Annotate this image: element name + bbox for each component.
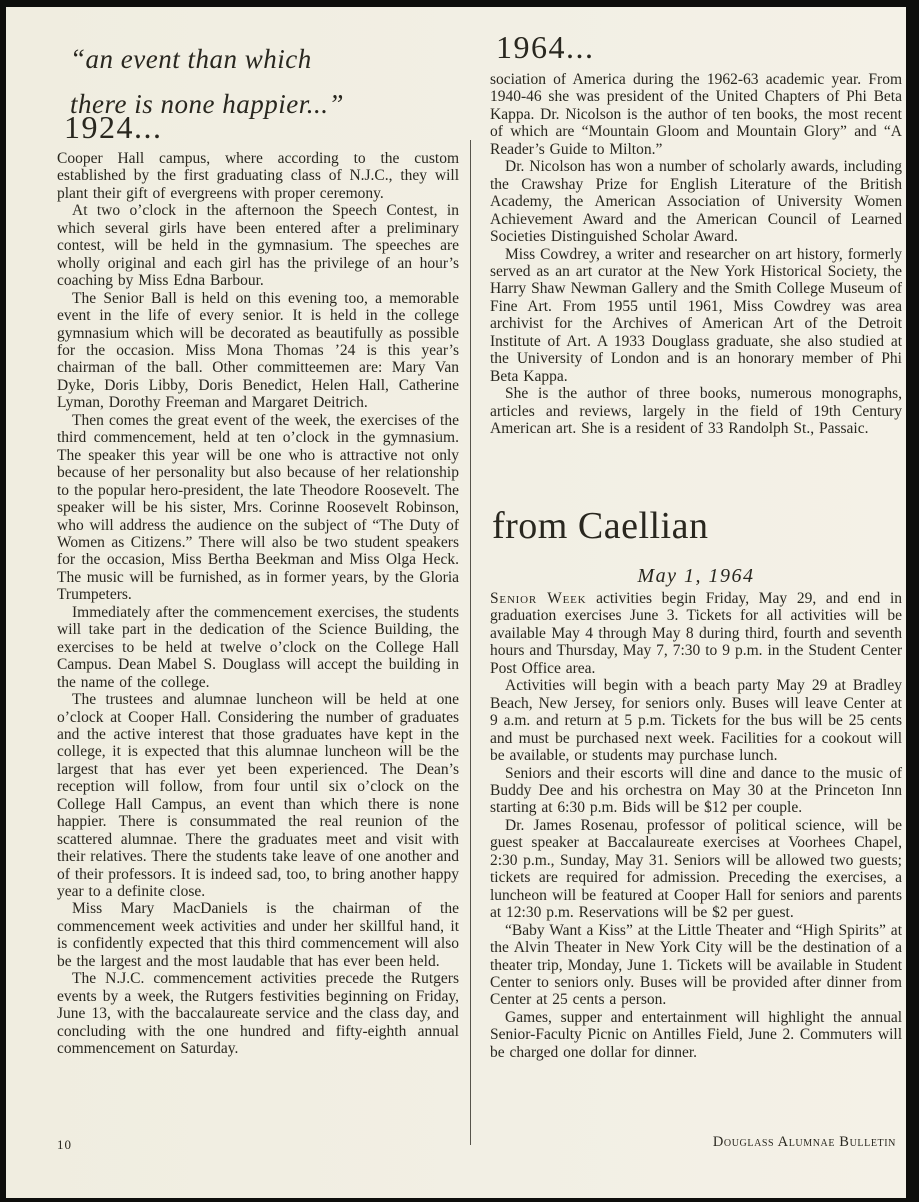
right-column: 1964... sociation of America during the …	[490, 7, 902, 1198]
paragraph: Senior Week activities begin Friday, May…	[490, 590, 902, 677]
pull-quote-line1: “an event than which	[70, 37, 344, 82]
paragraph: Seniors and their escorts will dine and …	[490, 765, 902, 817]
footer-publication-name: Douglass Alumnae Bulletin	[713, 1134, 896, 1151]
paragraph: Miss Mary MacDaniels is the chairman of …	[57, 900, 459, 970]
paragraph: Then comes the great event of the week, …	[57, 412, 459, 604]
right-column-bottom-body: Senior Week activities begin Friday, May…	[490, 590, 902, 1061]
paragraph: Immediately after the commencement exerc…	[57, 604, 459, 691]
paragraph: Activities will begin with a beach party…	[490, 677, 902, 764]
paragraph: Miss Cowdrey, a writer and researcher on…	[490, 246, 902, 386]
paragraph: She is the author of three books, numero…	[490, 385, 902, 437]
left-column-body: Cooper Hall campus, where according to t…	[57, 150, 459, 1058]
paragraph: Dr. James Rosenau, professor of politica…	[490, 817, 902, 922]
paragraph: sociation of America during the 1962-63 …	[490, 71, 902, 158]
paragraph: The trustees and alumnae luncheon will b…	[57, 691, 459, 900]
dateline: May 1, 1964	[490, 565, 902, 588]
heading-from-caellian: from Caellian	[492, 504, 708, 548]
paragraph: “Baby Want a Kiss” at the Little Theater…	[490, 922, 902, 1009]
paragraph: Cooper Hall campus, where according to t…	[57, 150, 459, 202]
paragraph: Games, supper and entertainment will hig…	[490, 1009, 902, 1061]
left-column: “an event than which there is none happi…	[57, 7, 459, 1198]
paragraph: The N.J.C. commencement activities prece…	[57, 970, 459, 1057]
right-column-top-body: sociation of America during the 1962-63 …	[490, 71, 902, 438]
paragraph: The Senior Ball is held on this evening …	[57, 290, 459, 412]
column-divider-rule	[470, 140, 471, 1145]
paragraph: Dr. Nicolson has won a number of scholar…	[490, 158, 902, 245]
heading-1924: 1924...	[64, 109, 163, 146]
small-caps-lead: Senior Week	[490, 590, 586, 607]
heading-1964: 1964...	[496, 29, 595, 66]
page-number: 10	[57, 1137, 72, 1153]
magazine-page: “an event than which there is none happi…	[6, 7, 906, 1198]
paragraph: At two o’clock in the afternoon the Spee…	[57, 202, 459, 289]
